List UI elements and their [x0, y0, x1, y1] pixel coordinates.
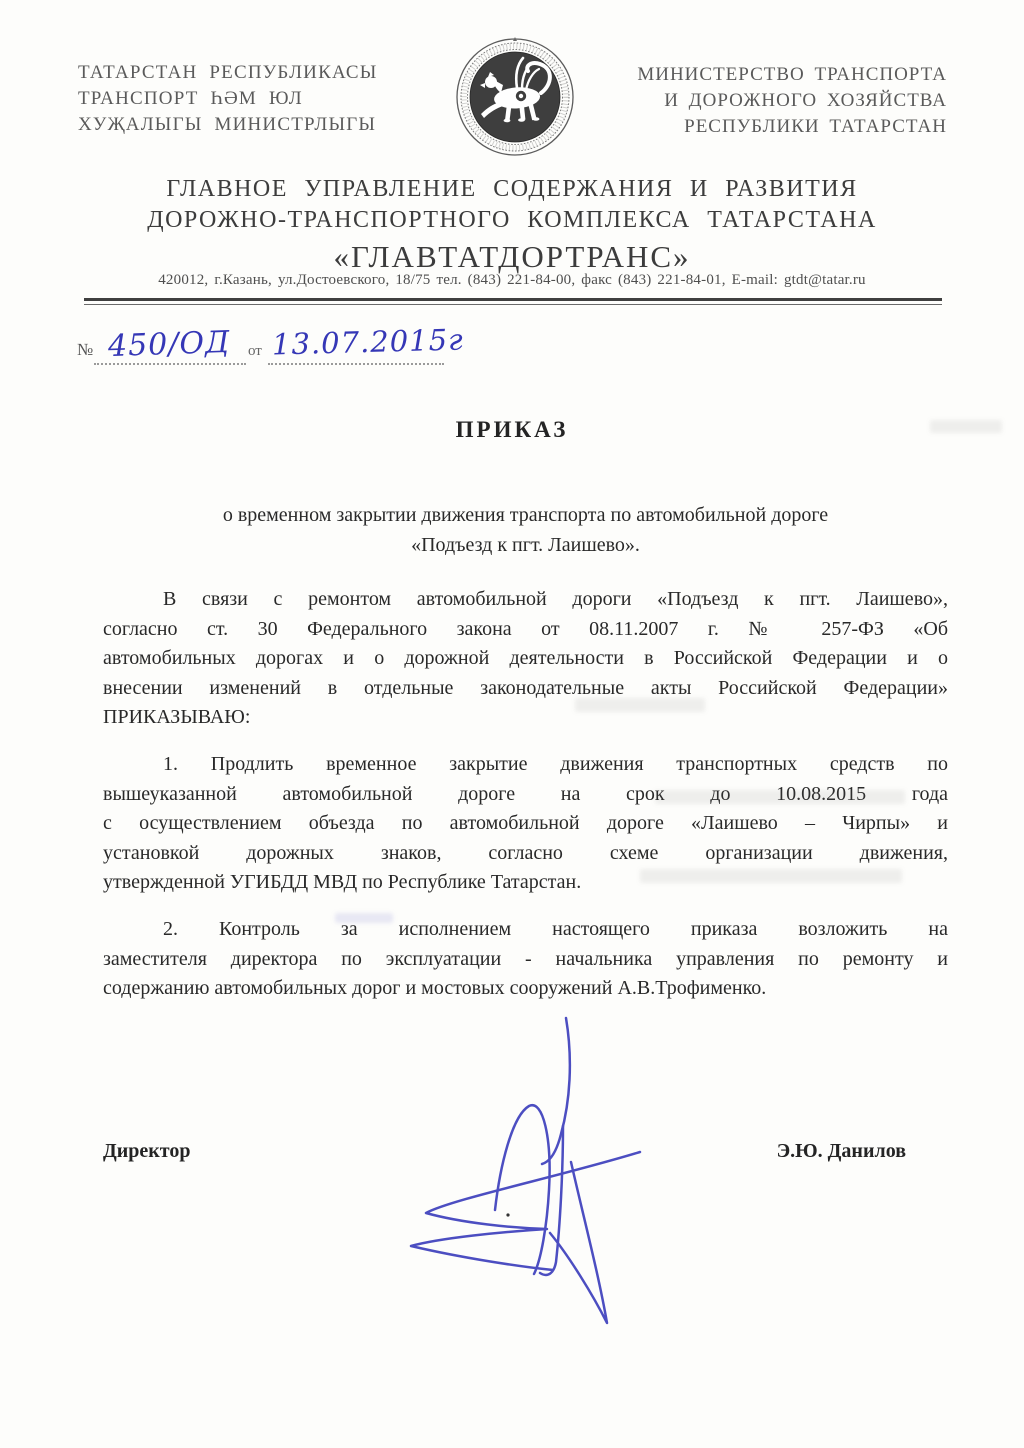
order-item-2: 2. Контроль за исполнением настоящего пр…	[103, 915, 948, 1004]
paragraph-line: В связи с ремонтом автомобильной дороги …	[103, 585, 948, 615]
date-underline	[268, 363, 444, 365]
document-title: ПРИКАЗ	[60, 417, 964, 443]
letterhead-left-block: ТАТАРСТАН РЕСПУБЛИКАСЫ ТРАНСПОРТ ҺӘМ ЮЛ …	[78, 60, 418, 138]
paragraph-line: установкой дорожных знаков, согласно схе…	[103, 839, 948, 869]
paragraph-line: 2. Контроль за исполнением настоящего пр…	[103, 915, 948, 945]
handwritten-order-number: 450/ОД	[107, 325, 231, 364]
signature-block: Директор Э.Ю. Данилов	[103, 1140, 948, 1163]
letterhead-right-block: МИНИСТЕРСТВО ТРАНСПОРТА И ДОРОЖНОГО ХОЗЯ…	[615, 62, 947, 140]
org-title-line: ГЛАВНОЕ УПРАВЛЕНИЕ СОДЕРЖАНИЯ И РАЗВИТИЯ	[60, 174, 964, 205]
number-label: №	[77, 340, 93, 360]
letterhead-left-line: ТАТАРСТАН РЕСПУБЛИКАСЫ	[78, 60, 418, 86]
organization-title: ГЛАВНОЕ УПРАВЛЕНИЕ СОДЕРЖАНИЯ И РАЗВИТИЯ…	[60, 174, 964, 277]
org-short-name: «ГЛАВТАТДОРТРАНС»	[60, 237, 964, 277]
org-title-line: ДОРОЖНО-ТРАНСПОРТНОГО КОМПЛЕКСА ТАТАРСТА…	[60, 205, 964, 236]
contact-address-line: 420012, г.Казань, ул.Достоевского, 18/75…	[60, 272, 964, 289]
letterhead-right-line: МИНИСТЕРСТВО ТРАНСПОРТА	[615, 62, 947, 88]
paragraph-line: автомобильных дорогах и о дорожной деяте…	[103, 644, 948, 674]
paragraph-line: с осуществлением объезда по автомобильно…	[103, 809, 948, 839]
signer-role: Директор	[103, 1140, 191, 1163]
emblem-icon	[453, 35, 577, 159]
document-subject: о временном закрытии движения транспорта…	[103, 500, 948, 560]
scan-artifact	[655, 790, 905, 804]
letterhead-right-line: И ДОРОЖНОГО ХОЗЯЙСТВА	[615, 88, 947, 114]
handwritten-date: 13.07.2015г	[272, 322, 465, 361]
letterhead-left-line: ТРАНСПОРТ ҺӘМ ЮЛ	[78, 86, 418, 112]
subject-line: о временном закрытии движения транспорта…	[103, 500, 948, 530]
signature-ink	[388, 1012, 688, 1342]
paragraph-line: согласно ст. 30 Федерального закона от 0…	[103, 615, 948, 645]
scan-artifact	[640, 869, 902, 883]
scan-artifact	[575, 698, 705, 712]
scan-artifact	[930, 420, 1002, 433]
scanned-order-page: ТАТАРСТАН РЕСПУБЛИКАСЫ ТРАНСПОРТ ҺӘМ ЮЛ …	[0, 0, 1024, 1448]
letterhead-right-line: РЕСПУБЛИКИ ТАТАРСТАН	[615, 114, 947, 140]
paragraph-line: заместителя директора по эксплуатации - …	[103, 945, 948, 975]
paragraph-line: содержанию автомобильных дорог и мостовы…	[103, 974, 948, 1004]
date-label: от	[248, 343, 262, 360]
intro-paragraph: В связи с ремонтом автомобильной дороги …	[103, 585, 948, 733]
subject-line: «Подъезд к пгт. Лаишево».	[103, 530, 948, 560]
separator-rule	[84, 298, 942, 305]
paragraph-line: ПРИКАЗЫВАЮ:	[103, 703, 948, 733]
letterhead-left-line: ХУҖАЛЫГЫ МИНИСТРЛЫГЫ	[78, 112, 418, 138]
paragraph-line: 1. Продлить временное закрытие движения …	[103, 750, 948, 780]
scan-artifact	[335, 913, 393, 923]
paragraph-line: внесении изменений в отдельные законодат…	[103, 674, 948, 704]
signer-name: Э.Ю. Данилов	[777, 1140, 948, 1163]
